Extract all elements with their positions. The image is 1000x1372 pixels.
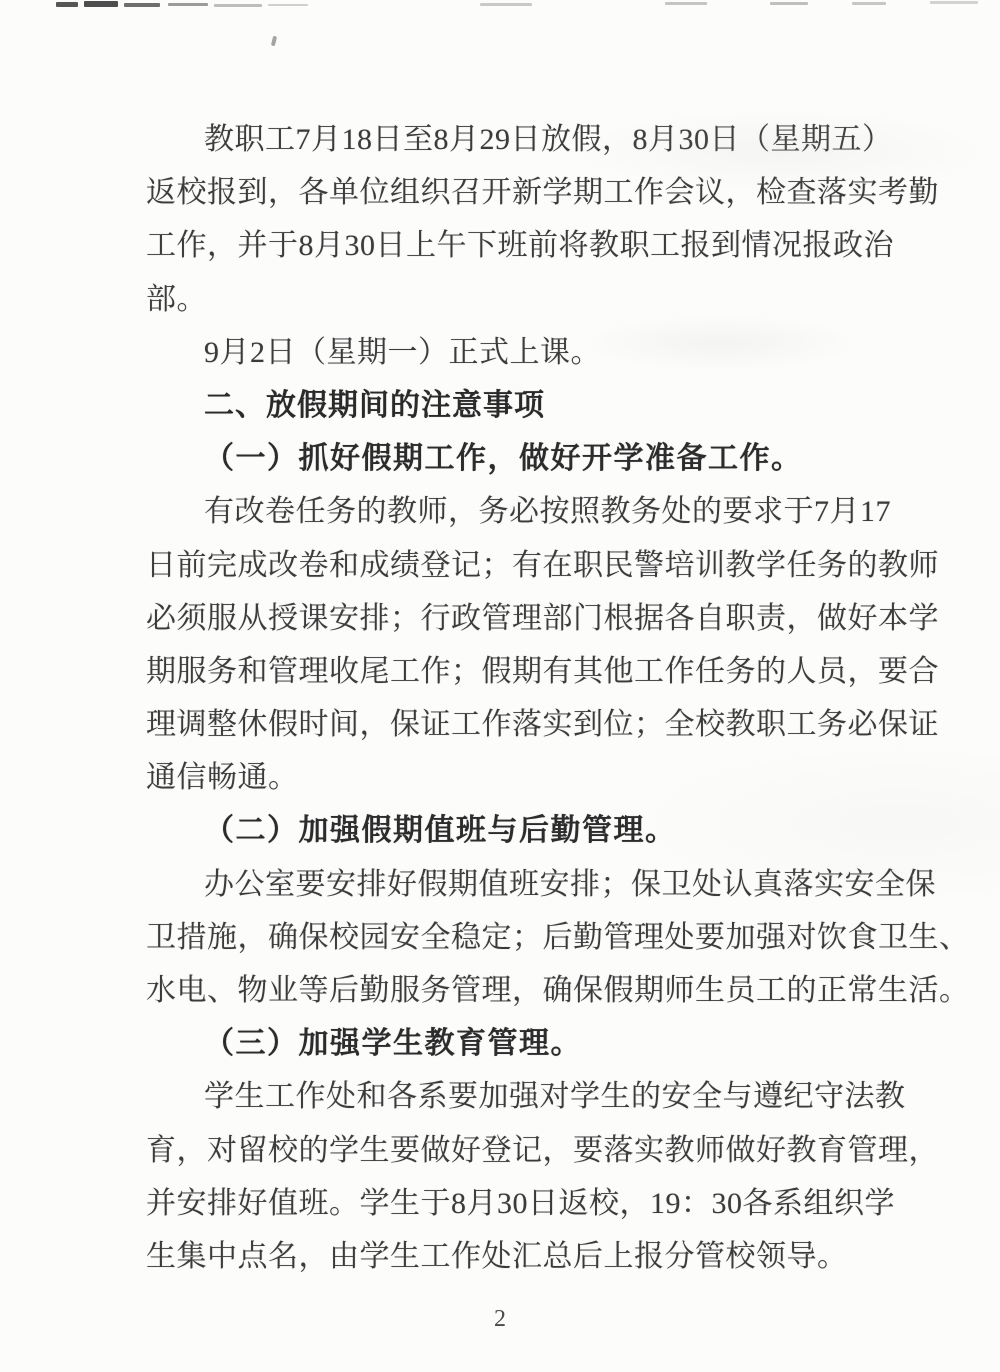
document-content: 教职工7月18日至8月29日放假，8月30日（星期五） 返校报到，各单位组织召开… [146,113,888,1283]
scan-artifact [665,2,707,5]
text-line: 9月2日（星期一）正式上课。 [146,326,888,379]
text-line: 返校报到，各单位组织召开新学期工作会议，检查落实考勤 [146,166,888,219]
text-line: 部。 [146,273,888,326]
section-heading: 二、放假期间的注意事项 [146,379,888,432]
scan-artifact [168,3,208,6]
scan-artifact [56,2,78,7]
text-line: 工作，并于8月30日上午下班前将教职工报到情况报政治 [146,219,888,272]
text-line: 育，对留校的学生要做好登记，要落实教师做好教育管理， [146,1124,888,1177]
text-line: 期服务和管理收尾工作；假期有其他工作任务的人员，要合 [146,645,888,698]
text-line: 水电、物业等后勤服务管理，确保假期师生员工的正常生活。 [146,964,888,1017]
text-line: 生集中点名，由学生工作处汇总后上报分管校领导。 [146,1230,888,1283]
scan-artifact [930,1,978,4]
scan-artifact [84,1,118,7]
scan-artifact [852,2,886,5]
scan-artifact [480,3,532,6]
text-line: 必须服从授课安排；行政管理部门根据各自职责，做好本学 [146,592,888,645]
text-line: 学生工作处和各系要加强对学生的安全与遵纪守法教 [146,1070,888,1123]
text-line: 日前完成改卷和成绩登记；有在职民警培训教学任务的教师 [146,539,888,592]
subsection-heading: （一）抓好假期工作，做好开学准备工作。 [146,432,888,485]
scan-artifact [770,2,808,5]
scan-artifact [124,3,160,7]
scan-artifact [214,4,262,7]
text-line: 卫措施，确保校园安全稳定；后勤管理处要加强对饮食卫生、 [146,911,888,964]
subsection-heading: （二）加强假期值班与后勤管理。 [146,804,888,857]
text-line: 办公室要安排好假期值班安排；保卫处认真落实安全保 [146,858,888,911]
text-line: 通信畅通。 [146,751,888,804]
page-number: 2 [0,1306,1000,1333]
text-line: 有改卷任务的教师，务必按照教务处的要求于7月17 [146,485,888,538]
scanned-document-page: 教职工7月18日至8月29日放假，8月30日（星期五） 返校报到，各单位组织召开… [0,0,1000,1372]
text-line: 并安排好值班。学生于8月30日返校，19：30各系组织学 [146,1177,888,1230]
scan-speck [271,36,277,47]
text-line: 理调整休假时间，保证工作落实到位；全校教职工务必保证 [146,698,888,751]
scan-artifact [268,4,308,6]
subsection-heading: （三）加强学生教育管理。 [146,1017,888,1070]
text-line: 教职工7月18日至8月29日放假，8月30日（星期五） [146,113,888,166]
